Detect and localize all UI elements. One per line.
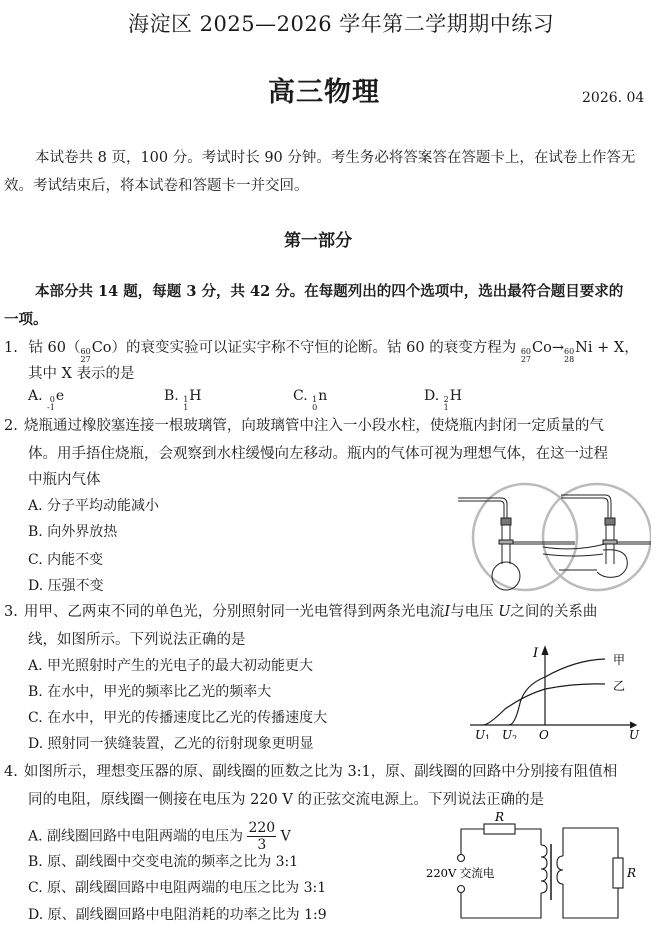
question-3-option-c[interactable]: C. 在水中，甲光的传播速度比乙光的传播速度大 [28,708,327,728]
fraction-220-over-3: 2203 [247,820,276,853]
question-4-line-1: 4.如图所示，理想变压器的原、副线圈的匝数之比为 3:1，原、副线圈的回路中分别… [4,758,617,786]
question-3-line-2: 线，如图所示。下列说法正确的是 [28,626,246,654]
question-2-option-b[interactable]: B. 向外界放热 [28,522,117,542]
subject-title: 高三物理 [268,70,380,109]
question-number: 4. [4,764,18,780]
question-2-option-a[interactable]: A. 分子平均动能减小 [28,496,159,516]
nuclide-co60-eq: 6027Co [521,334,552,364]
question-3-line-1: 3.用甲、乙两束不同的单色光，分别照射同一光电管得到两条光电流I与电压 U之间的… [4,598,597,626]
question-2-option-d[interactable]: D. 压强不变 [28,576,104,596]
question-3-option-a[interactable]: A. 甲光照射时产生的光电子的最大初动能更大 [28,656,313,676]
section-rule-line-1: 本部分共 14 题，每题 3 分，共 42 分。在每题列出的四个选项中，选出最符… [35,278,623,306]
axis-label-i: I [532,646,539,661]
question-4-option-d[interactable]: D. 原、副线圈回路中电阻消耗的功率之比为 1:9 [28,905,327,925]
tick-u1: U1 [475,728,490,739]
question-3-option-d[interactable]: D. 照射同一狭缝装置，乙光的衍射现象更明显 [28,734,314,754]
question-number: 1. [4,340,18,356]
section-rule-line-2: 一项。 [4,306,48,334]
question-1-option-c[interactable]: C. 10n [293,386,327,412]
instructions-line-2: 效。考试结束后，将本试卷和答题卡一并交回。 [4,172,309,200]
resistor-label-right: R [626,866,636,880]
tick-u2: U2 [502,728,517,739]
question-1-option-b[interactable]: B. 11H [164,386,202,412]
question-2-line-2: 体。用手捂住烧瓶，会观察到水柱缓慢向左移动。瓶内的气体可视为理想气体，在这一过程 [28,440,608,468]
question-3-option-b[interactable]: B. 在水中，甲光的频率比乙光的频率大 [28,682,271,702]
exam-date: 2026. 04 [582,90,644,106]
question-2-line-1: 2.烧瓶通过橡胶塞连接一根玻璃管，向玻璃管中注入一小段水柱，使烧瓶内封闭一定质量… [4,412,604,440]
question-1-line-2: 其中 X 表示的是 [28,360,135,388]
question-4-option-a[interactable]: A. 副线圈回路中电阻两端的电压为 2203 V [28,820,291,853]
curve-label-yi: 乙 [613,679,625,693]
question-2-option-c[interactable]: C. 内能不变 [28,550,103,570]
question-1-option-d[interactable]: D. 21H [424,386,462,412]
origin-label: O [539,728,549,739]
instructions-line-1: 本试卷共 8 页，100 分。考试时长 90 分钟。考生务必将答案答在答题卡上，… [35,144,635,172]
question-4-option-b[interactable]: B. 原、副线圈中交变电流的频率之比为 3:1 [28,852,298,872]
question-4-option-c[interactable]: C. 原、副线圈回路中电阻两端的电压之比为 3:1 [28,878,326,898]
iu-graph: I 甲 乙 U1 U2 O U [465,643,645,739]
flask-figure [455,482,651,592]
resistor-label-top: R [494,810,504,824]
axis-label-u: U [629,728,640,739]
question-number: 2. [4,418,18,434]
transformer-circuit: R R 220V 交流电 [420,810,656,931]
ac-source-label: 220V 交流电 [426,866,495,880]
nuclide-ni60: 6028Ni [564,334,593,364]
section-title: 第一部分 [284,226,352,251]
question-1-option-a[interactable]: A. 0-1e [28,386,64,412]
arrow-icon: → [552,340,564,356]
question-number: 3. [4,604,18,620]
question-2-line-3: 中瓶内气体 [28,466,101,494]
curve-label-jia: 甲 [613,653,625,667]
exam-title: 海淀区 2025—2026 学年第二学期期中练习 [128,8,554,38]
